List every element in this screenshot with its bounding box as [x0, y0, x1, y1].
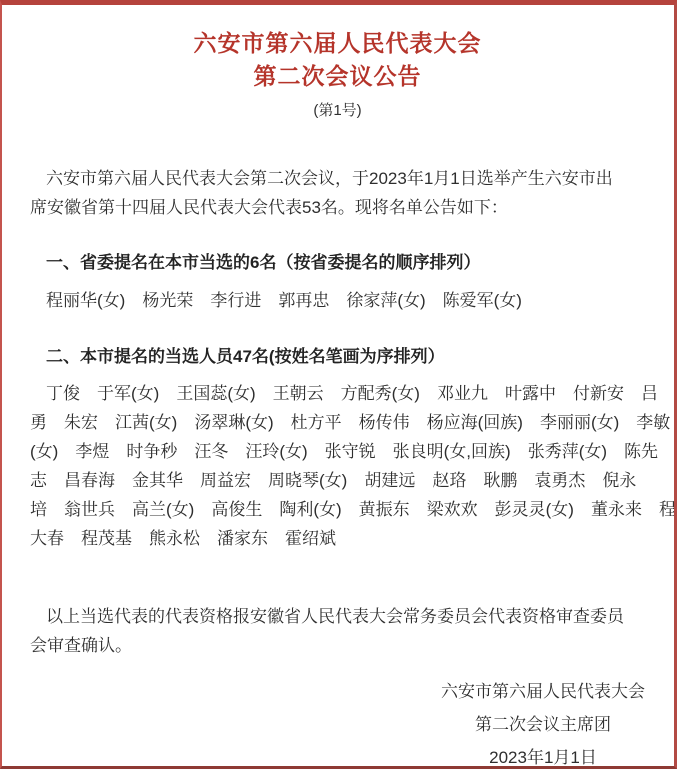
announcement-page: 六安市第六届人民代表大会 第二次会议公告 (第1号) 六安市第六届人民代表大会第…: [0, 0, 677, 769]
document-title-line2: 第二次会议公告: [30, 60, 645, 93]
text-line: 会审查确认。: [30, 631, 645, 660]
closing-paragraph: 以上当选代表的代表资格报安徽省人民代表大会常务委员会代表资格审查委员会审查确认。: [30, 602, 645, 660]
text-line: 六安市第六届人民代表大会第二次会议，于2023年1月1日选举产生六安市出: [30, 164, 645, 193]
text-line: 培 翁世兵 高兰(女) 高俊生 陶利(女) 黄振东 梁欢欢 彭灵灵(女) 董永来…: [30, 495, 645, 524]
section-2-heading: 二、本市提名的当选人员47名(按姓名笔画为序排列）: [30, 342, 645, 371]
text-line: 以上当选代表的代表资格报安徽省人民代表大会常务委员会代表资格审查委员: [30, 602, 645, 631]
text-line: 大春 程茂基 熊永松 潘家东 霍绍斌: [30, 524, 645, 553]
signature-block: 六安市第六届人民代表大会 第二次会议主席团 2023年1月1日: [441, 675, 645, 769]
signature-date: 2023年1月1日: [441, 741, 645, 769]
text-line: 丁俊 于军(女) 王国蕊(女) 王朝云 方配秀(女) 邓业九 叶露中 付新安 吕: [30, 379, 645, 408]
signature-presidium: 第二次会议主席团: [441, 708, 645, 741]
intro-paragraph: 六安市第六届人民代表大会第二次会议，于2023年1月1日选举产生六安市出席安徽省…: [30, 164, 645, 222]
section-2-names: 丁俊 于军(女) 王国蕊(女) 王朝云 方配秀(女) 邓业九 叶露中 付新安 吕…: [30, 379, 645, 553]
text-line: 勇 朱宏 江茜(女) 汤翠琳(女) 杜方平 杨传伟 杨应海(回族) 李丽丽(女)…: [30, 408, 645, 437]
text-line: 席安徽省第十四届人民代表大会代表53名。现将名单公告如下：: [30, 193, 645, 222]
text-line: 志 昌春海 金其华 周益宏 周晓琴(女) 胡建远 赵珞 耿鹏 袁勇杰 倪永: [30, 466, 645, 495]
document-title-line1: 六安市第六届人民代表大会: [30, 27, 645, 60]
section-1-heading: 一、省委提名在本市当选的6名（按省委提名的顺序排列）: [30, 248, 645, 277]
signature-organization: 六安市第六届人民代表大会: [441, 675, 645, 708]
text-line: 程丽华(女) 杨光荣 李行进 郭再忠 徐家萍(女) 陈爱军(女): [30, 286, 645, 315]
issue-number: (第1号): [30, 101, 645, 121]
text-line: (女) 李煜 时争秒 汪冬 汪玲(女) 张守锐 张良明(女,回族) 张秀萍(女)…: [30, 437, 645, 466]
section-1-names: 程丽华(女) 杨光荣 李行进 郭再忠 徐家萍(女) 陈爱军(女): [30, 286, 645, 315]
